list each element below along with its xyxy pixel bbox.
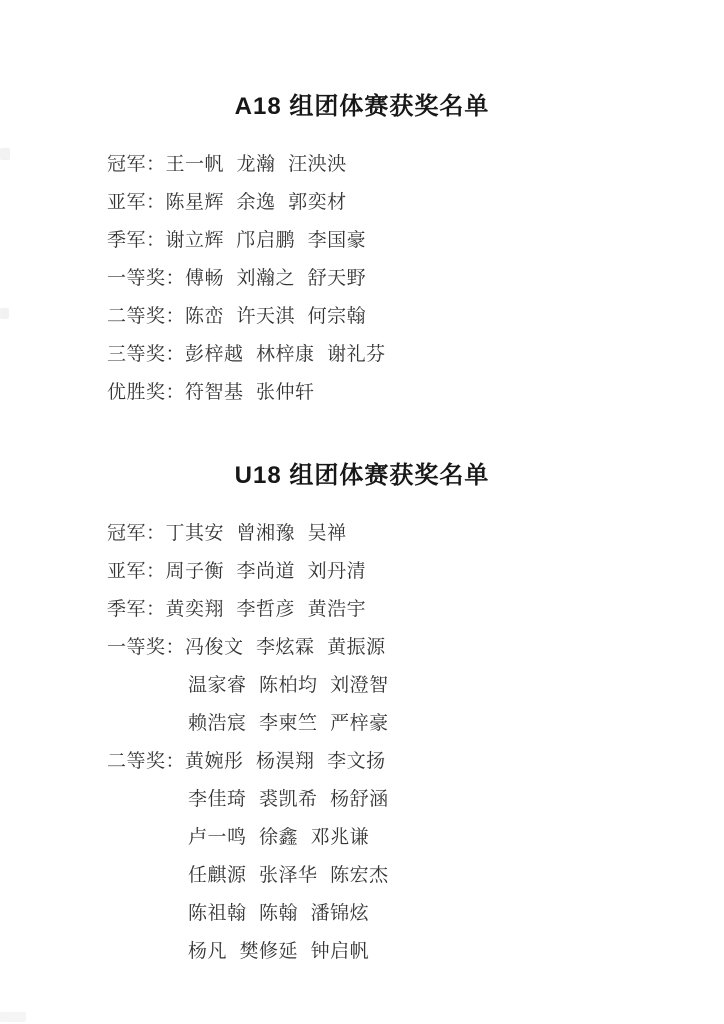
award-row: 冠军：丁其安 曾湘豫 吴禅 <box>107 514 634 552</box>
section-title: A18 组团体赛获奖名单 <box>90 86 634 121</box>
award-label: 三等奖： <box>107 343 185 365</box>
award-label: 一等奖： <box>107 267 185 289</box>
award-names: 赖浩宸 李柬竺 严梓豪 <box>188 712 389 734</box>
award-names: 陈祖翰 陈翰 潘锦炫 <box>188 902 369 924</box>
award-row-continuation: 温家睿 陈柏均 刘澄智 <box>107 666 634 704</box>
award-label: 亚军： <box>107 560 166 582</box>
award-names: 温家睿 陈柏均 刘澄智 <box>188 674 389 696</box>
award-row: 季军：谢立辉 邝启鹏 李国豪 <box>107 221 634 259</box>
award-names: 任麒源 张泽华 陈宏杰 <box>188 864 389 886</box>
section-a18: A18 组团体赛获奖名单 冠军：王一帆 龙瀚 汪泱泱 亚军：陈星辉 余逸 郭奕材… <box>107 86 634 411</box>
award-row-continuation: 任麒源 张泽华 陈宏杰 <box>107 856 634 894</box>
award-row-continuation: 陈祖翰 陈翰 潘锦炫 <box>107 894 634 932</box>
award-label: 季军： <box>107 229 166 251</box>
award-names: 王一帆 龙瀚 汪泱泱 <box>166 153 347 175</box>
award-row: 优胜奖：符智基 张仲轩 <box>107 373 634 411</box>
section-u18: U18 组团体赛获奖名单 冠军：丁其安 曾湘豫 吴禅 亚军：周子衡 李尚道 刘丹… <box>107 455 634 970</box>
award-label: 季军： <box>107 598 166 620</box>
award-names: 陈星辉 余逸 郭奕材 <box>166 191 347 213</box>
award-label: 亚军： <box>107 191 166 213</box>
award-names: 丁其安 曾湘豫 吴禅 <box>166 522 347 544</box>
section-title: U18 组团体赛获奖名单 <box>90 455 634 490</box>
award-names: 卢一鸣 徐鑫 邓兆谦 <box>188 826 369 848</box>
award-names: 李佳琦 裘凯希 杨舒涵 <box>188 788 389 810</box>
scan-artifact <box>0 148 10 160</box>
award-names: 傅畅 刘瀚之 舒天野 <box>185 267 366 289</box>
award-row: 二等奖：黄婉彤 杨淏翔 李文扬 <box>107 742 634 780</box>
award-row: 季军：黄奕翔 李哲彦 黄浩宇 <box>107 590 634 628</box>
award-names: 冯俊文 李炫霖 黄振源 <box>185 636 386 658</box>
award-row: 亚军：周子衡 李尚道 刘丹清 <box>107 552 634 590</box>
award-names: 黄婉彤 杨淏翔 李文扬 <box>185 750 386 772</box>
award-label: 二等奖： <box>107 750 185 772</box>
award-row: 一等奖：冯俊文 李炫霖 黄振源 <box>107 628 634 666</box>
award-label: 冠军： <box>107 522 166 544</box>
award-row-continuation: 李佳琦 裘凯希 杨舒涵 <box>107 780 634 818</box>
award-label: 二等奖： <box>107 305 185 327</box>
award-label: 冠军： <box>107 153 166 175</box>
scan-artifact <box>0 1012 26 1022</box>
award-row-continuation: 杨凡 樊修延 钟启帆 <box>107 932 634 970</box>
document-content: A18 组团体赛获奖名单 冠军：王一帆 龙瀚 汪泱泱 亚军：陈星辉 余逸 郭奕材… <box>0 0 724 970</box>
award-label: 优胜奖： <box>107 381 185 403</box>
award-row: 二等奖：陈峦 许天淇 何宗翰 <box>107 297 634 335</box>
document-page: A18 组团体赛获奖名单 冠军：王一帆 龙瀚 汪泱泱 亚军：陈星辉 余逸 郭奕材… <box>0 0 724 1024</box>
award-names: 彭梓越 林梓康 谢礼芬 <box>185 343 386 365</box>
award-names: 杨凡 樊修延 钟启帆 <box>188 940 369 962</box>
award-row-continuation: 赖浩宸 李柬竺 严梓豪 <box>107 704 634 742</box>
award-names: 黄奕翔 李哲彦 黄浩宇 <box>166 598 367 620</box>
award-names: 周子衡 李尚道 刘丹清 <box>166 560 367 582</box>
award-names: 谢立辉 邝启鹏 李国豪 <box>166 229 367 251</box>
scan-artifact <box>0 308 9 319</box>
award-row: 亚军：陈星辉 余逸 郭奕材 <box>107 183 634 221</box>
award-row-continuation: 卢一鸣 徐鑫 邓兆谦 <box>107 818 634 856</box>
award-row: 冠军：王一帆 龙瀚 汪泱泱 <box>107 145 634 183</box>
award-names: 符智基 张仲轩 <box>185 381 315 403</box>
award-names: 陈峦 许天淇 何宗翰 <box>185 305 366 327</box>
award-row: 三等奖：彭梓越 林梓康 谢礼芬 <box>107 335 634 373</box>
award-label: 一等奖： <box>107 636 185 658</box>
award-row: 一等奖：傅畅 刘瀚之 舒天野 <box>107 259 634 297</box>
